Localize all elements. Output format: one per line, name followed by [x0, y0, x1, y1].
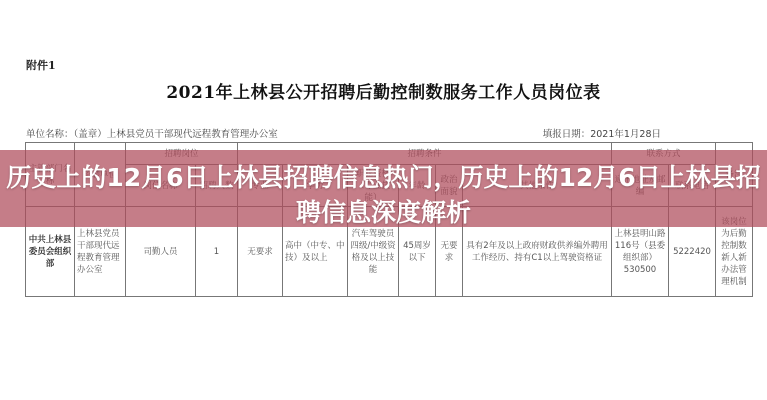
headline-text: 历史上的12月6日上林县招聘信息热门，历史上的12月6日上林县招聘信息深度解析 [0, 160, 767, 230]
fill-date: 填报日期：2021年1月28日 [543, 126, 661, 140]
document-title: 2021年上林县公开招聘后勤控制数服务工作人员岗位表 [0, 78, 767, 103]
attachment-label: 附件1 [26, 57, 56, 73]
unit-name: 单位名称：（盖章）上林县党员干部现代远程教育管理办公室 [26, 126, 278, 140]
